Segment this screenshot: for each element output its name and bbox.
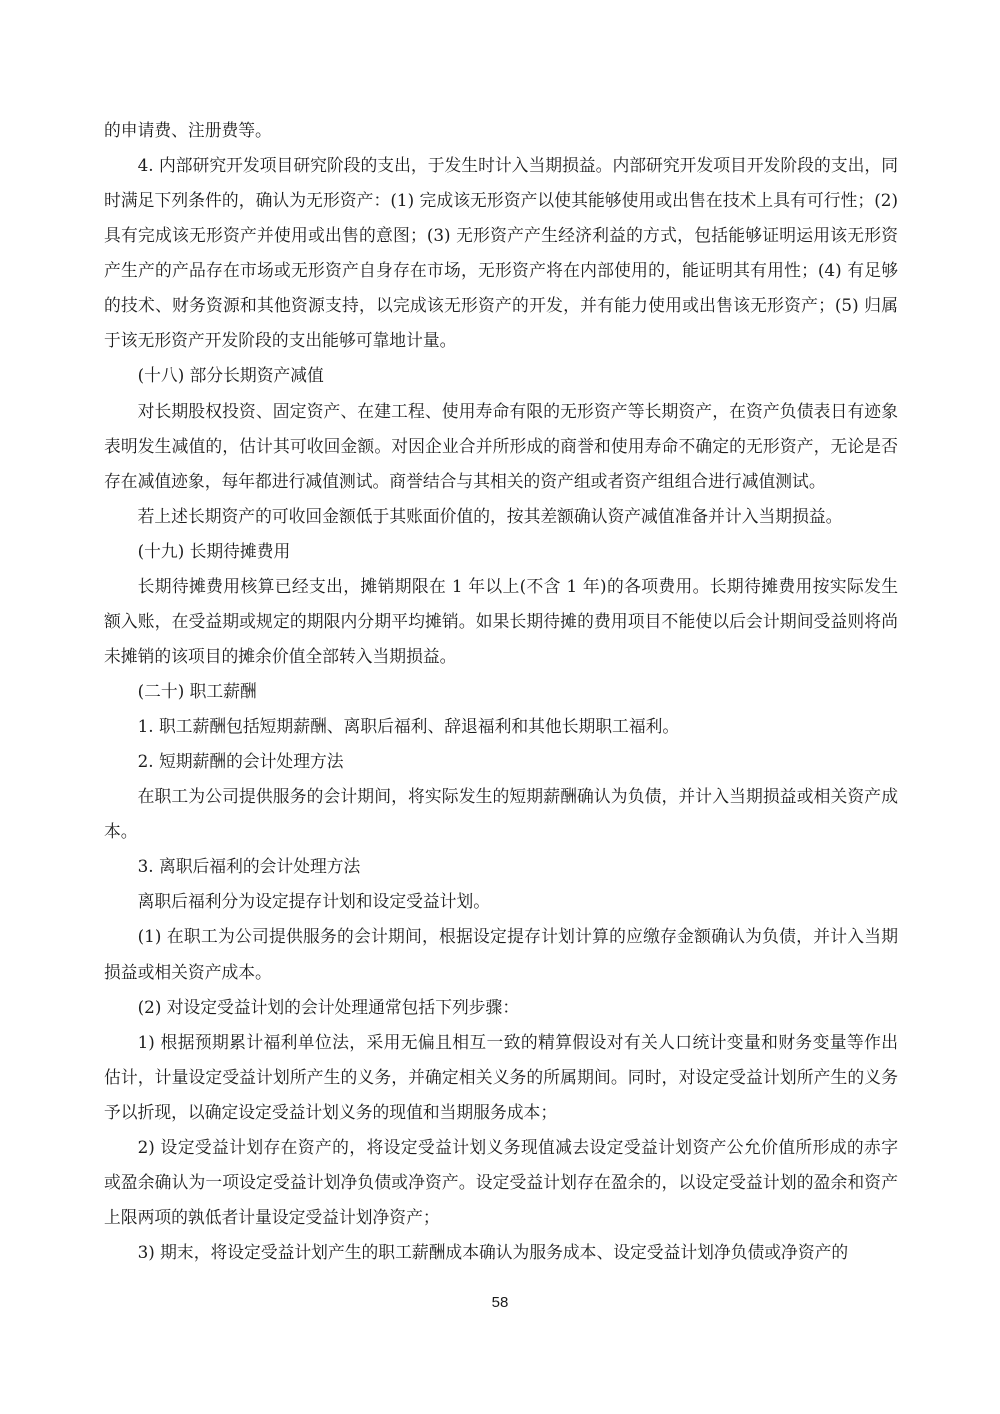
section-heading-19: (十九) 长期待摊费用 — [104, 534, 898, 569]
paragraph-defined-benefit-intro: (2) 对设定受益计划的会计处理通常包括下列步骤： — [104, 990, 898, 1025]
paragraph-deferred-expenses: 长期待摊费用核算已经支出，摊销期限在 1 年以上(不含 1 年)的各项费用。长期… — [104, 569, 898, 674]
paragraph-impairment: 对长期股权投资、固定资产、在建工程、使用寿命有限的无形资产等长期资产，在资产负债… — [104, 394, 898, 499]
paragraph-step-2: 2) 设定受益计划存在资产的，将设定受益计划义务现值减去设定受益计划资产公允价值… — [104, 1130, 898, 1235]
paragraph-step-1: 1) 根据预期累计福利单位法，采用无偏且相互一致的精算假设对有关人口统计变量和财… — [104, 1025, 898, 1130]
section-heading-20: (二十) 职工薪酬 — [104, 674, 898, 709]
paragraph-defined-contribution: (1) 在职工为公司提供服务的会计期间，根据设定提存计划计算的应缴存金额确认为负… — [104, 919, 898, 989]
document-body: 的申请费、注册费等。 4. 内部研究开发项目研究阶段的支出，于发生时计入当期损益… — [104, 113, 898, 1270]
paragraph-impairment-recognition: 若上述长期资产的可收回金额低于其账面价值的，按其差额确认资产减值准备并计入当期损… — [104, 499, 898, 534]
paragraph-compensation-scope: 1. 职工薪酬包括短期薪酬、离职后福利、辞退福利和其他长期职工福利。 — [104, 709, 898, 744]
paragraph-rd-expenditure: 4. 内部研究开发项目研究阶段的支出，于发生时计入当期损益。内部研究开发项目开发… — [104, 148, 898, 358]
subheading-post-employment: 3. 离职后福利的会计处理方法 — [104, 849, 898, 884]
paragraph-step-3: 3) 期末，将设定受益计划产生的职工薪酬成本确认为服务成本、设定受益计划净负债或… — [104, 1235, 898, 1270]
paragraph-post-employment-types: 离职后福利分为设定提存计划和设定受益计划。 — [104, 884, 898, 919]
paragraph-continuation: 的申请费、注册费等。 — [104, 113, 898, 148]
section-heading-18: (十八) 部分长期资产减值 — [104, 358, 898, 393]
subheading-short-term: 2. 短期薪酬的会计处理方法 — [104, 744, 898, 779]
paragraph-short-term: 在职工为公司提供服务的会计期间，将实际发生的短期薪酬确认为负债，并计入当期损益或… — [104, 779, 898, 849]
page-number: 58 — [0, 1294, 1000, 1311]
